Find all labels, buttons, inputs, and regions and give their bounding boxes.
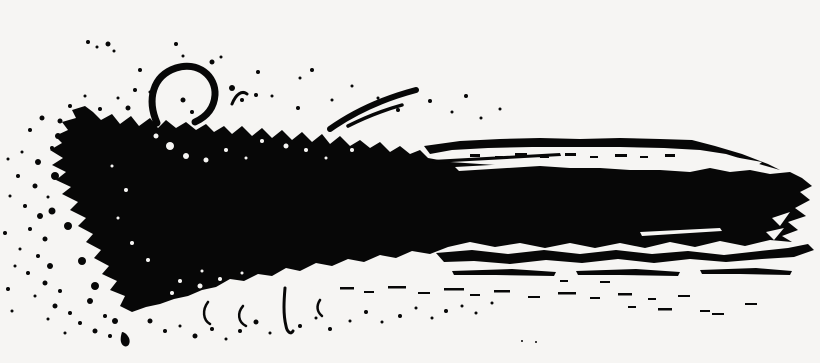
grunge-brush-stroke-image [0, 0, 820, 363]
brush-stroke-svg [0, 0, 820, 363]
